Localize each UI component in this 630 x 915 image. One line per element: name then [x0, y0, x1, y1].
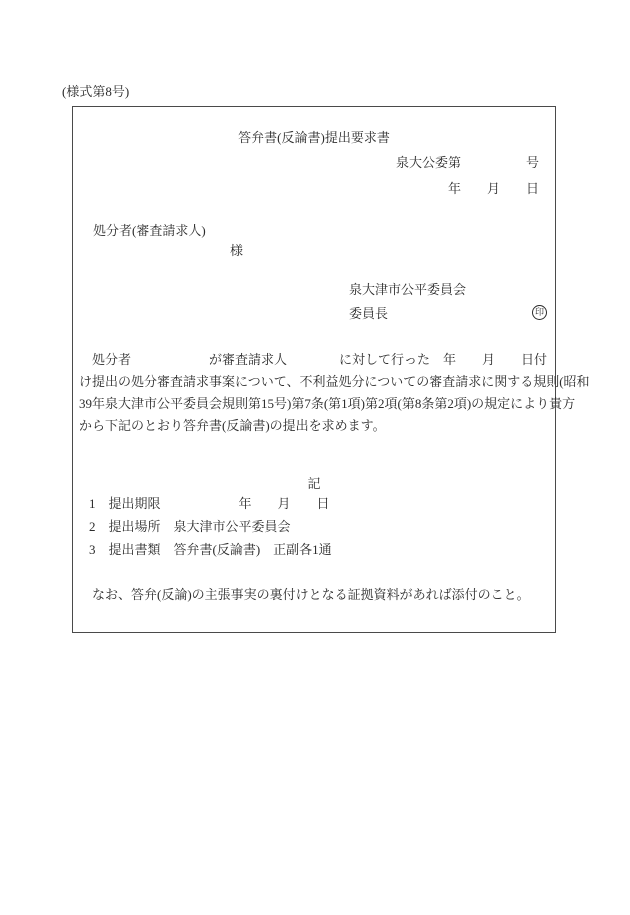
form-number-label: (様式第8号)	[62, 85, 129, 99]
document-page: (様式第8号) 答弁書(反論書)提出要求書 泉大公委第 号 年 月 日 処分者(…	[0, 0, 630, 915]
body-line: け提出の処分審査請求事案について、不利益処分についての審査請求に関する規則(昭和	[79, 375, 590, 389]
document-title: 答弁書(反論書)提出要求書	[73, 131, 555, 145]
list-heading: 記	[73, 477, 555, 491]
addressee-honorific: 様	[230, 244, 243, 258]
issuer-title: 委員長	[349, 307, 388, 321]
list-item: 3 提出書類 答弁書(反論書) 正副各1通	[89, 543, 332, 557]
seal-icon: 印	[532, 305, 547, 320]
issuer-organization: 泉大津市公平委員会	[349, 283, 466, 297]
form-box: 答弁書(反論書)提出要求書 泉大公委第 号 年 月 日 処分者(審査請求人) 様…	[72, 106, 556, 633]
date-line: 年 月 日	[448, 182, 539, 196]
body-line: から下記のとおり答弁書(反論書)の提出を求めます。	[79, 419, 386, 433]
note-text: なお、答弁(反論)の主張事実の裏付けとなる証拠資料があれば添付のこと。	[79, 588, 530, 602]
list-item: 1 提出期限 年 月 日	[89, 497, 330, 511]
addressee-name: 処分者(審査請求人)	[93, 224, 206, 238]
body-line: 処分者 が審査請求人 に対して行った 年 月 日付	[79, 353, 547, 367]
list-item: 2 提出場所 泉大津市公平委員会	[89, 520, 291, 534]
body-line: 39年泉大津市公平委員会規則第15号)第7条(第1項)第2項(第8条第2項)の規…	[79, 397, 575, 411]
document-number-line: 泉大公委第 号	[396, 156, 539, 170]
